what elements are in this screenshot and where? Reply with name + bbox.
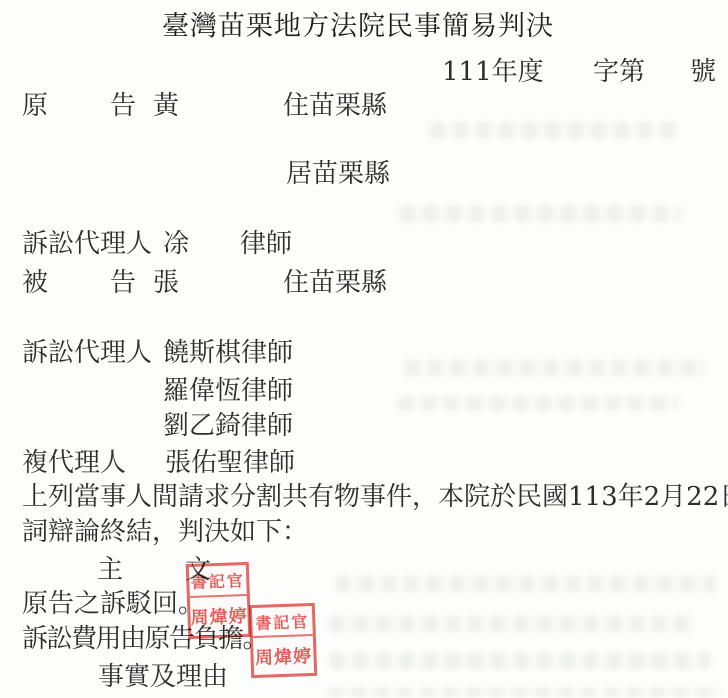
defendant-name: 張 (153, 269, 179, 299)
bleedthrough-artifact (400, 206, 680, 222)
stamp-name-text: 周煒婷 (190, 596, 248, 636)
bleedthrough-artifact (330, 616, 690, 632)
plaintiff-counsel-name: 凃 (163, 230, 189, 260)
bleedthrough-artifact (328, 688, 720, 697)
stamp-role-text: 書記官 (189, 565, 247, 598)
bleedthrough-artifact (330, 653, 710, 669)
clerk-seal-stamp-2: 書記官 周煒婷 (249, 603, 318, 678)
plaintiff-address: 住苗栗縣 (283, 92, 387, 122)
plaintiff-residence-alt: 居苗栗縣 (286, 160, 390, 190)
defendant-lawyer-3: 劉乙錡律師 (163, 412, 293, 442)
bleedthrough-artifact (430, 122, 680, 138)
defendant-role-char-1: 被 (22, 269, 48, 299)
main-text-heading-char-1: 主 (97, 556, 123, 586)
defendant-role-char-2: 告 (110, 269, 136, 299)
bleedthrough-artifact (335, 576, 715, 592)
stamp-name-text: 周煒婷 (253, 636, 314, 675)
defendant-lawyer-2: 羅偉恆律師 (163, 377, 293, 407)
document-title: 臺灣苗栗地方法院民事簡易判決 (162, 11, 554, 42)
ruling-line-1: 原告之訴駁回。 (22, 590, 204, 620)
plaintiff-counsel-suffix: 律師 (240, 230, 292, 260)
judgment-intro-line-1: 上列當事人間請求分割共有物事件，本院於民國113年2月22日言 (22, 483, 728, 513)
facts-reasons-heading: 事實及理由 (98, 663, 228, 693)
defendant-lawyer-1: 饒斯棋律師 (163, 339, 293, 369)
case-number-word: 字第 (593, 58, 645, 88)
bleedthrough-artifact (398, 396, 678, 410)
judgment-document-page: 臺灣苗栗地方法院民事簡易判決 111年度 字第 號 原 告 黃 住苗栗縣 居苗栗… (0, 0, 728, 698)
case-number-year: 111年度 (442, 58, 544, 88)
plaintiff-role-char-2: 告 (110, 92, 136, 122)
sub-counsel-label: 複代理人 (22, 449, 126, 479)
sub-counsel-name: 張佑聖律師 (165, 449, 295, 479)
case-number-suffix: 號 (690, 58, 716, 88)
plaintiff-role-char-1: 原 (22, 92, 48, 122)
plaintiff-counsel-label: 訴訟代理人 (22, 230, 152, 260)
judgment-intro-line-2: 詞辯論終結，判決如下： (22, 518, 308, 548)
clerk-seal-stamp-1: 書記官 周煒婷 (186, 562, 252, 639)
defendant-counsel-label: 訴訟代理人 (22, 339, 152, 369)
stamp-role-text: 書記官 (252, 606, 313, 638)
bleedthrough-artifact (405, 360, 705, 376)
defendant-address: 住苗栗縣 (283, 269, 387, 299)
plaintiff-name: 黃 (153, 92, 179, 122)
